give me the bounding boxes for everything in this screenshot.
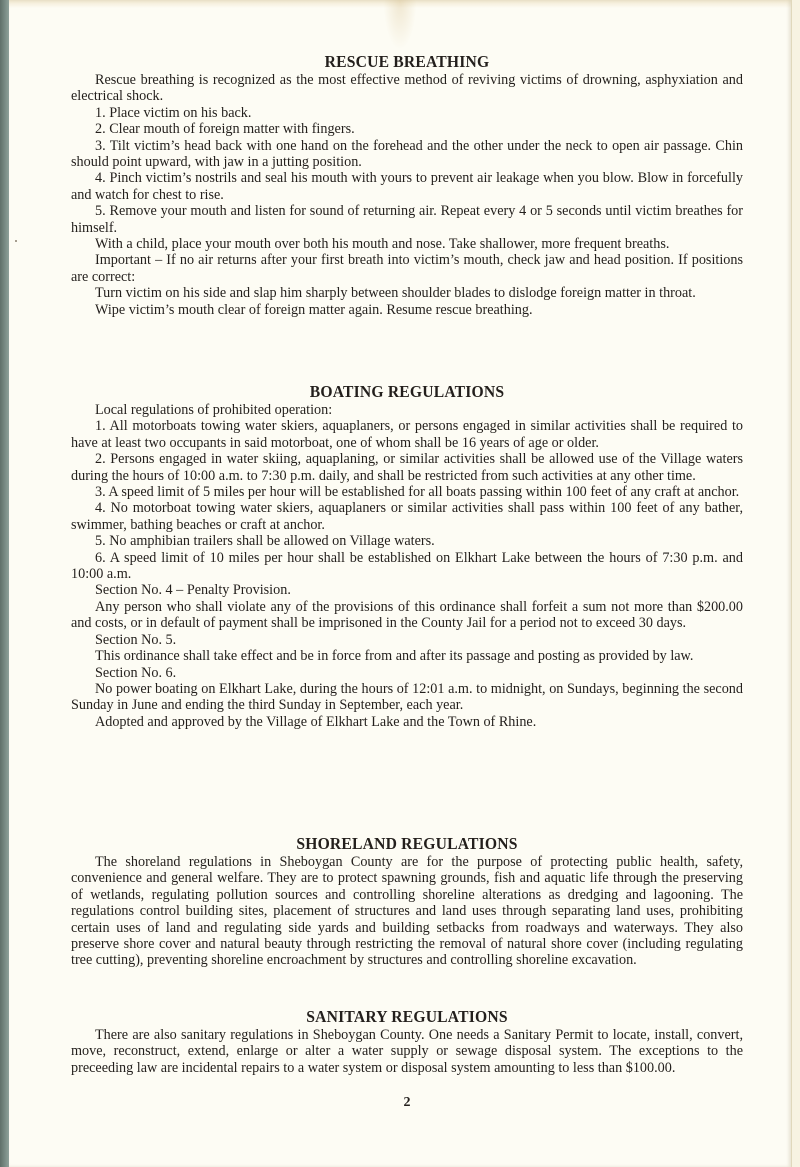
section-title: BOATING REGULATIONS [98,382,716,402]
paragraph: Section No. 5. [71,632,743,648]
paragraph: Any person who shall violate any of the … [71,599,743,632]
paragraph: Rescue breathing is recognized as the mo… [71,72,743,105]
section-title: RESCUE BREATHING [98,52,716,72]
paragraph: 4. Pinch victim’s nostrils and seal his … [71,170,743,203]
paragraph: This ordinance shall take effect and be … [71,648,743,664]
section-title: SHORELAND REGULATIONS [98,834,716,854]
paragraph: Adopted and approved by the Village of E… [71,714,743,730]
section-shoreland-regulations: SHORELAND REGULATIONS The shoreland regu… [71,834,743,969]
paragraph: 1. Place victim on his back. [71,105,743,121]
section-body: Local regulations of prohibited operatio… [71,402,743,730]
paragraph: 2. Clear mouth of foreign matter with fi… [71,121,743,137]
paragraph: 3. A speed limit of 5 miles per hour wil… [71,484,743,500]
section-rescue-breathing: RESCUE BREATHING Rescue breathing is rec… [71,52,743,318]
paragraph: 6. A speed limit of 10 miles per hour sh… [71,550,743,583]
paragraph: Turn victim on his side and slap him sha… [71,285,743,301]
paragraph: The shoreland regulations in Sheboygan C… [71,854,743,969]
paragraph: No power boating on Elkhart Lake, during… [71,681,743,714]
paragraph: 3. Tilt victim’s head back with one hand… [71,138,743,171]
paragraph: 4. No motorboat towing water skiers, aqu… [71,500,743,533]
paragraph: 1. All motorboats towing water skiers, a… [71,418,743,451]
paragraph: 5. No amphibian trailers shall be allowe… [71,533,743,549]
paragraph: Section No. 4 – Penalty Provision. [71,582,743,598]
paragraph: Important – If no air returns after your… [71,252,743,285]
section-body: Rescue breathing is recognized as the mo… [71,72,743,318]
section-body: The shoreland regulations in Sheboygan C… [71,854,743,969]
page-edge [791,0,800,1167]
paragraph: Wipe victim’s mouth clear of foreign mat… [71,302,743,318]
section-sanitary-regulations: SANITARY REGULATIONS There are also sani… [71,1007,743,1076]
section-body: There are also sanitary regulations in S… [71,1027,743,1076]
paragraph: 2. Persons engaged in water skiing, aqua… [71,451,743,484]
paragraph: There are also sanitary regulations in S… [71,1027,743,1076]
paragraph: 5. Remove your mouth and listen for soun… [71,203,743,236]
section-title: SANITARY REGULATIONS [98,1007,716,1027]
paragraph: Section No. 6. [71,665,743,681]
document-page: RESCUE BREATHING Rescue breathing is rec… [9,0,792,1167]
paragraph: With a child, place your mouth over both… [71,236,743,252]
paragraph: Local regulations of prohibited operatio… [71,402,743,418]
section-boating-regulations: BOATING REGULATIONS Local regulations of… [71,382,743,730]
binding-edge [0,0,9,1167]
page-number: 2 [71,1095,743,1111]
paper-speck [15,240,17,242]
